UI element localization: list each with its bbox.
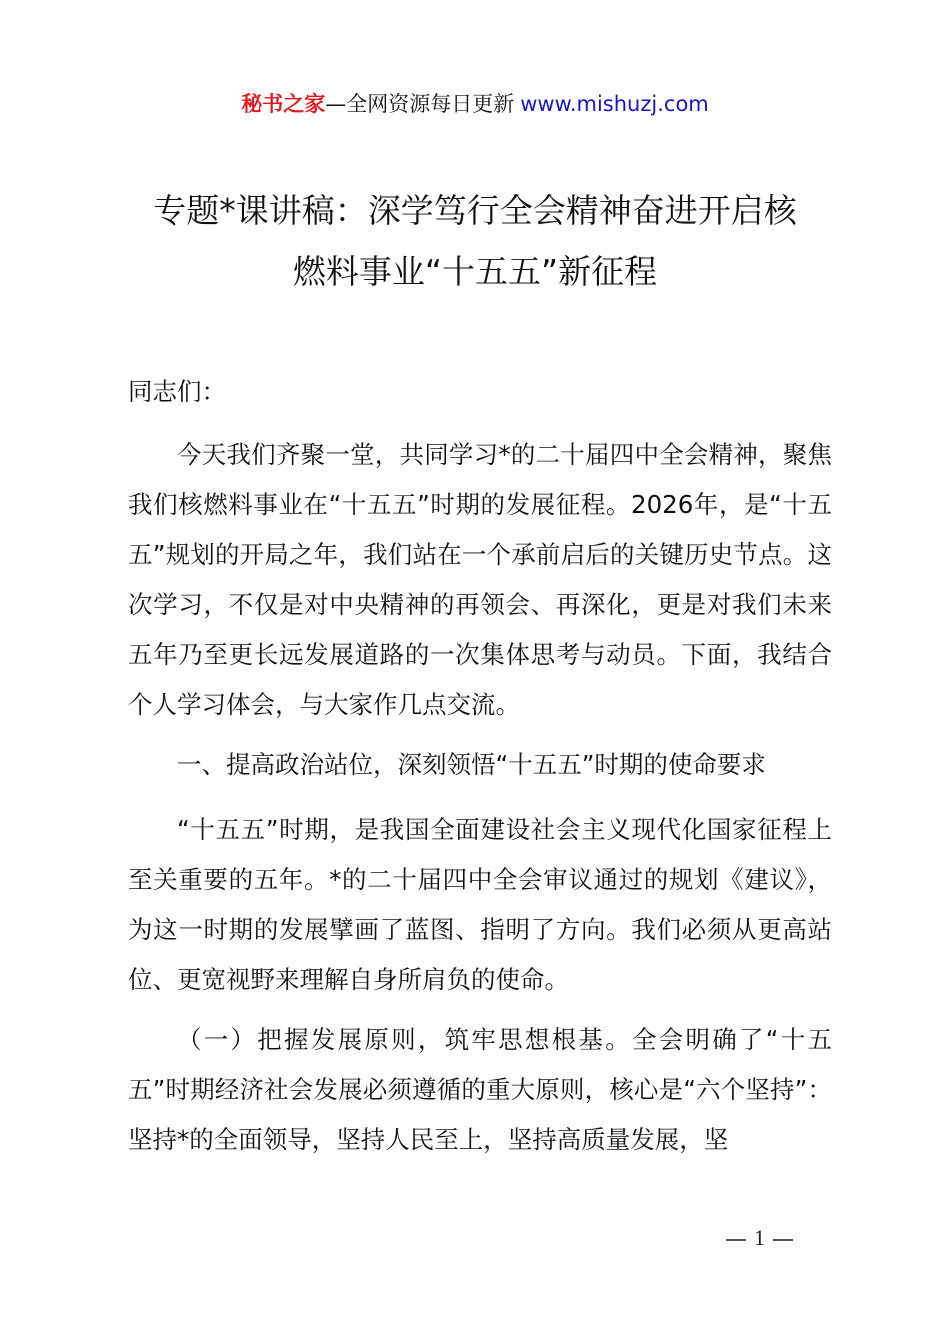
document-title: 专题*课讲稿：深学笃行全会精神奋进开启核 燃料事业“十五五”新征程 (100, 180, 850, 302)
salutation: 同志们： (128, 367, 832, 417)
brand-name: 秘书之家 (241, 92, 325, 116)
title-line-2: 燃料事业“十五五”新征程 (100, 241, 850, 302)
header-tagline: —全网资源每日更新 (325, 92, 514, 116)
title-line-1: 专题*课讲稿：深学笃行全会精神奋进开启核 (100, 180, 850, 241)
page-dash-right (773, 1239, 793, 1241)
paragraph-intro: 今天我们齐聚一堂，共同学习*的二十届四中全会精神，聚焦我们核燃料事业在“十五五”… (128, 430, 832, 730)
paragraph-section-1: “十五五”时期，是我国全面建设社会主义现代化国家征程上至关重要的五年。*的二十届… (128, 805, 832, 1005)
page-number-footer: 1 (718, 1224, 808, 1252)
page-dash-left (726, 1239, 746, 1241)
page-number: 1 (754, 1225, 765, 1250)
paragraph-subsection-1: （一）把握发展原则，筑牢思想根基。全会明确了“十五五”时期经济社会发展必须遵循的… (128, 1015, 832, 1165)
document-page: 秘书之家—全网资源每日更新www.mishuzj.com 专题*课讲稿：深学笃行… (0, 0, 950, 1344)
section-heading-1: 一、提高政治站位，深刻领悟“十五五”时期的使命要求 (128, 740, 832, 790)
site-url-link[interactable]: www.mishuzj.com (520, 92, 709, 116)
site-header: 秘书之家—全网资源每日更新www.mishuzj.com (0, 88, 950, 120)
